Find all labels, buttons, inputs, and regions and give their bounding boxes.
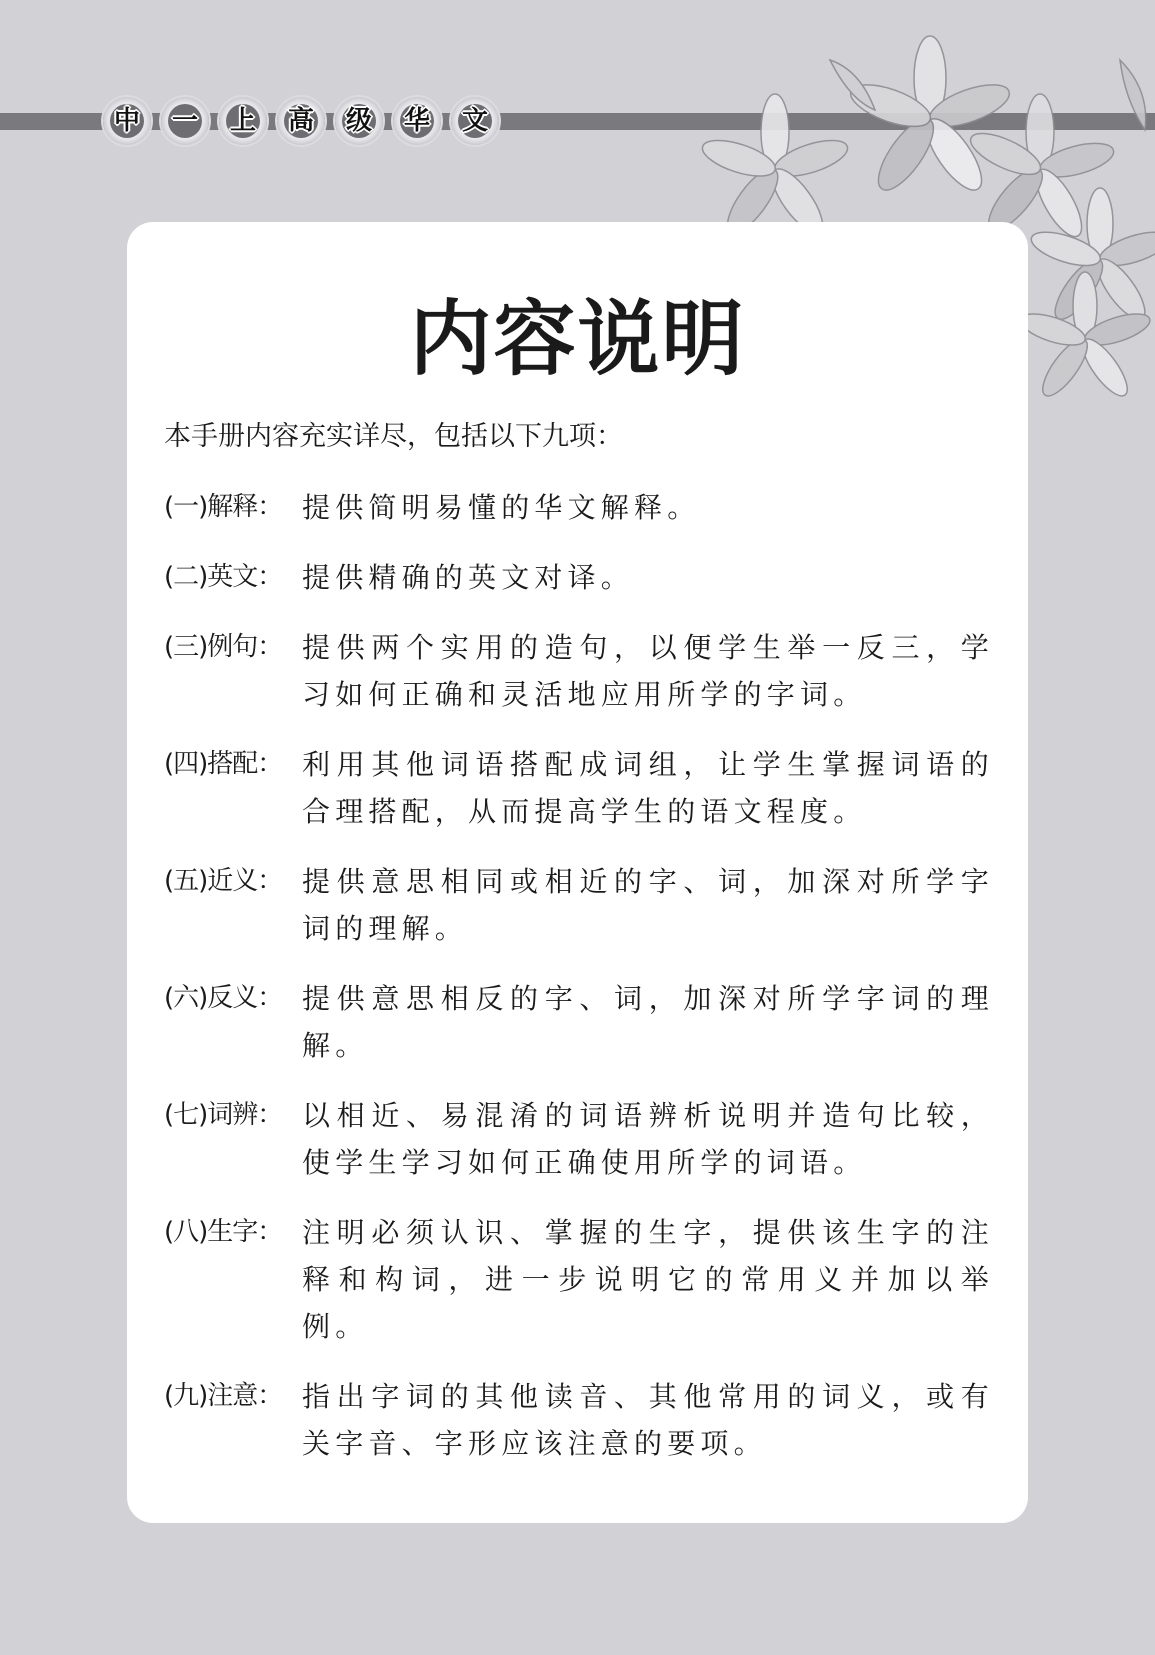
title-badge: 华 bbox=[393, 97, 441, 145]
title-badge: 级 bbox=[335, 97, 383, 145]
list-item: (三)例句： 提供两个实用的造句，以便学生举一反三，学习如何正确和灵活地应用所学… bbox=[164, 624, 994, 718]
title-badge: 中 bbox=[103, 97, 151, 145]
item-label: (一)解释： bbox=[164, 484, 302, 531]
list-item: (九)注意： 指出字词的其他读音、其他常用的词义，或有关字音、字形应该注意的要项… bbox=[164, 1373, 994, 1467]
series-title-badges: 中 一 上 高 级 华 文 bbox=[103, 97, 499, 145]
item-description: 利用其他词语搭配成词组，让学生掌握词语的合理搭配，从而提高学生的语文程度。 bbox=[302, 741, 994, 835]
item-label: (三)例句： bbox=[164, 624, 302, 718]
page-title: 内容说明 bbox=[127, 274, 1028, 391]
item-label: (四)搭配： bbox=[164, 741, 302, 835]
item-label: (九)注意： bbox=[164, 1373, 302, 1467]
list-item: (四)搭配： 利用其他词语搭配成词组，让学生掌握词语的合理搭配，从而提高学生的语… bbox=[164, 741, 994, 835]
intro-text: 本手册内容充实详尽，包括以下九项： bbox=[164, 414, 623, 453]
item-description: 提供意思相同或相近的字、词，加深对所学字词的理解。 bbox=[302, 858, 994, 952]
item-label: (六)反义： bbox=[164, 975, 302, 1069]
badge-char: 级 bbox=[342, 104, 376, 138]
item-label: (五)近义： bbox=[164, 858, 302, 952]
item-description: 提供意思相反的字、词，加深对所学字词的理解。 bbox=[302, 975, 994, 1069]
item-description: 以相近、易混淆的词语辨析说明并造句比较，使学生学习如何正确使用所学的词语。 bbox=[302, 1092, 994, 1186]
badge-char: 上 bbox=[226, 104, 260, 138]
badge-char: 高 bbox=[284, 104, 318, 138]
item-description: 提供简明易懂的华文解释。 bbox=[302, 484, 994, 531]
item-description: 注明必须认识、掌握的生字，提供该生字的注释和构词，进一步说明它的常用义并加以举例… bbox=[302, 1209, 994, 1350]
list-item: (二)英文： 提供精确的英文对译。 bbox=[164, 554, 994, 601]
item-description: 提供两个实用的造句，以便学生举一反三，学习如何正确和灵活地应用所学的字词。 bbox=[302, 624, 994, 718]
list-item: (五)近义： 提供意思相同或相近的字、词，加深对所学字词的理解。 bbox=[164, 858, 994, 952]
item-description: 提供精确的英文对译。 bbox=[302, 554, 994, 601]
item-description: 指出字词的其他读音、其他常用的词义，或有关字音、字形应该注意的要项。 bbox=[302, 1373, 994, 1467]
content-card: 内容说明 本手册内容充实详尽，包括以下九项： (一)解释： 提供简明易懂的华文解… bbox=[127, 222, 1028, 1523]
badge-char: 华 bbox=[400, 104, 434, 138]
title-badge: 文 bbox=[451, 97, 499, 145]
item-label: (七)词辨： bbox=[164, 1092, 302, 1186]
badge-char: 中 bbox=[110, 104, 144, 138]
list-item: (六)反义： 提供意思相反的字、词，加深对所学字词的理解。 bbox=[164, 975, 994, 1069]
item-list: (一)解释： 提供简明易懂的华文解释。 (二)英文： 提供精确的英文对译。 (三… bbox=[164, 484, 994, 1467]
item-label: (八)生字： bbox=[164, 1209, 302, 1350]
list-item: (七)词辨： 以相近、易混淆的词语辨析说明并造句比较，使学生学习如何正确使用所学… bbox=[164, 1092, 994, 1186]
title-badge: 上 bbox=[219, 97, 267, 145]
item-label: (二)英文： bbox=[164, 554, 302, 601]
list-item: (一)解释： 提供简明易懂的华文解释。 bbox=[164, 484, 994, 531]
page: 中 一 上 高 级 华 文 bbox=[0, 0, 1155, 1655]
badge-char: 文 bbox=[458, 104, 492, 138]
title-badge: 一 bbox=[161, 97, 209, 145]
badge-char: 一 bbox=[168, 104, 202, 138]
list-item: (八)生字： 注明必须认识、掌握的生字，提供该生字的注释和构词，进一步说明它的常… bbox=[164, 1209, 994, 1350]
title-badge: 高 bbox=[277, 97, 325, 145]
